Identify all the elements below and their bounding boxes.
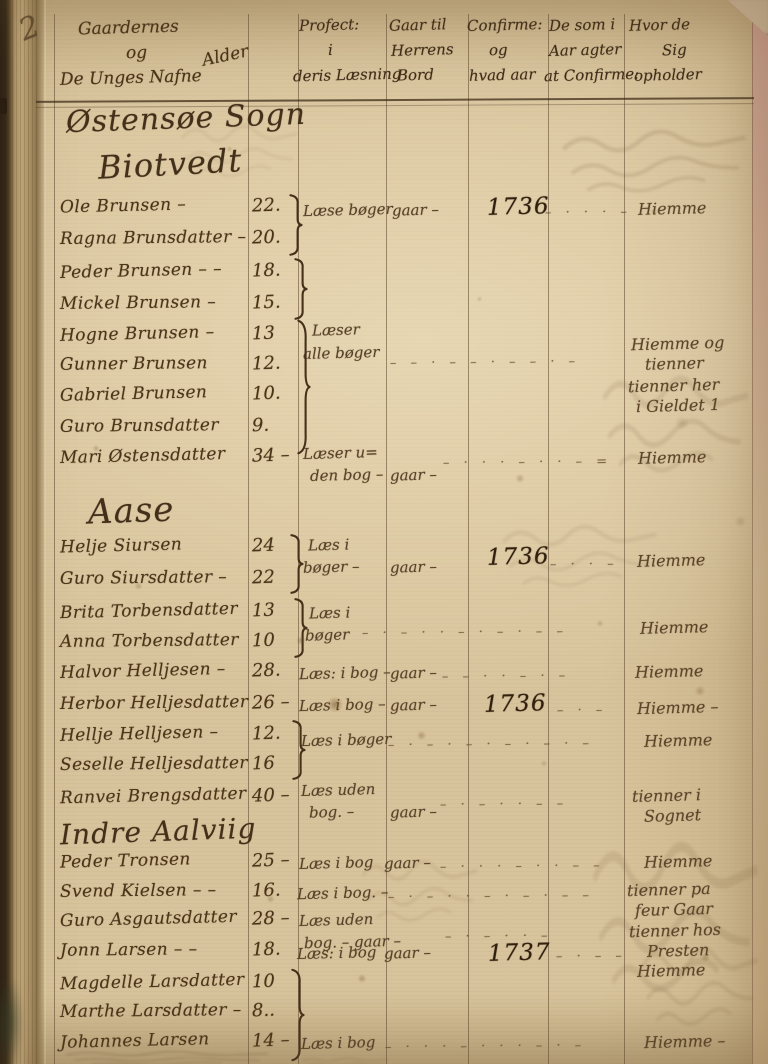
row-age: 14 – [252, 1031, 290, 1050]
column-rule [54, 14, 55, 1064]
column-header: Confirme: [467, 17, 543, 34]
reading-note: Læser u= [303, 445, 378, 462]
row-age: 13 [252, 602, 276, 621]
residence-note: Hiemme – [637, 699, 719, 717]
row-age: 10 [252, 632, 276, 651]
row-age: 25 – [252, 851, 290, 870]
manuscript-page: 2 GaardernesogDe Unges NafneAlderProfect… [0, 0, 768, 1064]
reading-note: Læs: i bog – [299, 665, 391, 682]
row-name: Anna Torbensdatter [60, 632, 239, 651]
row-age: 12. [252, 355, 281, 374]
reading-note: gaar – [390, 467, 437, 483]
residence-note: Hiemme – [644, 1033, 726, 1051]
ditto-dashes: – · · · – · · – = [443, 455, 612, 469]
age-brace-icon [293, 598, 309, 658]
column-header: Sig [662, 43, 687, 59]
ditto-dashes: – – · · – · – [442, 669, 570, 683]
column-header: deris Læsning [293, 67, 402, 85]
reading-note: Læs uden [301, 782, 376, 799]
column-header: hvad aar [469, 67, 536, 84]
ink-stain [476, 296, 483, 302]
row-age: 34 – [252, 446, 290, 465]
reading-note: Læs i [308, 537, 350, 553]
row-name: Guro Brunsdatter [60, 417, 219, 436]
age-brace-icon [293, 258, 309, 320]
row-name: Johannes Larsen [60, 1031, 210, 1052]
ditto-dashes: – · – [557, 704, 608, 717]
ink-stain [176, 700, 183, 706]
row-name: Brita Torbensdatter [60, 601, 238, 622]
ink-stain [357, 974, 367, 983]
row-age: 10. [252, 385, 281, 404]
bleedthrough-ghost-marks [559, 122, 751, 199]
bleedthrough-ghost-marks [598, 365, 752, 480]
row-name: Guro Asgautsdatter [60, 909, 237, 930]
residence-note: Hiemme [638, 200, 707, 218]
binding-texture [8, 0, 40, 1064]
row-age: 28. [252, 662, 281, 681]
row-name: Ole Brunsen – [60, 196, 187, 216]
bleedthrough-ghost-marks [62, 1050, 272, 1064]
ink-stain [734, 516, 747, 527]
residence-note: Hiemme og [631, 335, 725, 353]
ink-stain [650, 208, 658, 215]
reading-note: bog. – [309, 804, 355, 820]
column-header: Herrens [391, 42, 454, 59]
row-name: Peder Tronsen [60, 851, 191, 871]
age-brace-icon [291, 720, 307, 780]
row-age: 28 – [252, 909, 290, 928]
reading-note: gaar – [392, 202, 439, 218]
row-age: 12. [252, 725, 281, 744]
ink-stain [266, 895, 275, 903]
age-brace-icon [296, 318, 312, 456]
column-header: og [489, 43, 508, 58]
ink-stain [296, 636, 306, 645]
reading-note: Læser [312, 322, 360, 338]
column-header: i [328, 43, 333, 58]
row-name: Ranvei Brengsdatter [60, 786, 247, 808]
row-age: 22. [252, 197, 281, 216]
ink-stain [596, 620, 604, 627]
reading-note: Læse bøger [303, 202, 393, 219]
bleedthrough-ghost-marks [180, 120, 300, 180]
reading-note: Læs i [309, 605, 351, 621]
row-age: 18. [252, 262, 281, 281]
row-name: Helje Siursen [60, 537, 183, 557]
age-brace-icon [289, 534, 305, 594]
row-name: Mari Østensdatter [60, 446, 226, 467]
residence-note: Sognet [644, 807, 701, 824]
column-header: Aar agter [549, 42, 622, 59]
ink-stain [540, 760, 548, 767]
ink-stain [92, 445, 100, 452]
row-age: 8.. [252, 1002, 276, 1021]
column-header: De som i [549, 17, 616, 34]
residence-note: Hiemme [635, 663, 704, 681]
row-name: Marthe Larsdatter – [60, 1002, 242, 1021]
row-name: Halvor Helljesen – [60, 661, 226, 682]
row-name: Herbor Helljesdatter [60, 694, 249, 713]
confirmation-year: 1737 [488, 941, 551, 966]
age-brace-icon [290, 968, 306, 1062]
row-age: 10 [252, 973, 276, 992]
reading-note: bøger [305, 627, 350, 643]
reading-note: bøger – [303, 559, 360, 575]
residence-note: tienner i [632, 787, 701, 805]
reading-note: gaar – [390, 665, 437, 681]
reading-note: gaar – [390, 804, 437, 820]
bleedthrough-ghost-marks [360, 855, 480, 925]
row-name: Hellje Helljesen – [60, 724, 219, 745]
row-age: 40 – [252, 786, 290, 805]
ditto-dashes: – · – · · – · – · – – [362, 625, 568, 640]
reading-note: den bog – [310, 467, 384, 484]
reading-note: Læs i bog [301, 1035, 376, 1052]
residence-note: Hiemme [640, 619, 709, 637]
age-brace-icon [288, 194, 304, 256]
row-name: Ragna Brunsdatter – [60, 229, 246, 248]
column-header: Hvor de [629, 17, 690, 34]
row-name: Mickel Brunsen – [60, 294, 216, 313]
row-name: Svend Kielsen – – [60, 882, 217, 901]
row-name: Gabriel Brunsen [60, 384, 208, 405]
row-age: 16 [252, 755, 276, 774]
bleedthrough-ghost-marks [300, 1054, 390, 1064]
row-name: Gunner Brunsen [60, 355, 208, 374]
page-edge-highlight [44, 0, 46, 1064]
reading-note: Læs: i bog [297, 945, 377, 962]
column-header: Bord [397, 68, 434, 84]
column-header: Gaar til [389, 17, 447, 33]
column-header: og [126, 45, 148, 63]
column-header: Gaardernes [78, 19, 179, 39]
reading-note: gaar – [390, 559, 437, 575]
row-age: 20. [252, 229, 281, 248]
confirmation-year: 1736 [484, 692, 547, 717]
column-header: De Unges Nafne [60, 68, 202, 89]
row-age: 18. [252, 941, 281, 960]
reading-note: gaar – [390, 697, 437, 713]
reading-note: alle bøger [303, 345, 380, 362]
section-heading: Indre Aalviig [60, 815, 257, 850]
row-age: 15. [252, 294, 281, 313]
row-name: Jonn Larsen – – [60, 941, 198, 959]
bleedthrough-ghost-marks [640, 940, 760, 1030]
row-name: Hogne Brunsen – [60, 324, 215, 345]
row-name: Peder Brunsen – – [60, 261, 222, 282]
row-name: Seselle Helljesdatter [60, 755, 248, 774]
binding-clasp [0, 98, 7, 114]
row-name: Magdelle Larsdatter [60, 972, 245, 994]
column-header: Profect: [299, 17, 360, 34]
residence-note: Hiemme [644, 732, 713, 750]
bleedthrough-ghost-marks [499, 519, 660, 592]
confirmation-year: 1736 [487, 195, 550, 220]
row-age: 24 [252, 537, 276, 556]
row-age: 9. [252, 417, 270, 436]
reading-note: Læs i bøger [301, 732, 392, 749]
ink-stain [134, 582, 143, 590]
section-heading: Aase [87, 493, 175, 530]
ditto-dashes: – · · · – · · · – · – [385, 1039, 586, 1054]
row-name: Guro Siursdatter – [60, 569, 227, 588]
ink-stain [515, 474, 525, 483]
ditto-dashes: – · · · – [545, 206, 632, 220]
row-age: 22 [252, 569, 276, 588]
column-header: at Confirme: [544, 67, 640, 84]
column-header: opholder [634, 67, 702, 84]
row-age: 13 [252, 325, 276, 344]
row-age: 26 – [252, 693, 290, 712]
ditto-dashes: – · – · · – – [440, 797, 568, 811]
ditto-dashes: – – · – – · – – · – [390, 355, 580, 370]
reading-note: gaar – [384, 945, 431, 961]
